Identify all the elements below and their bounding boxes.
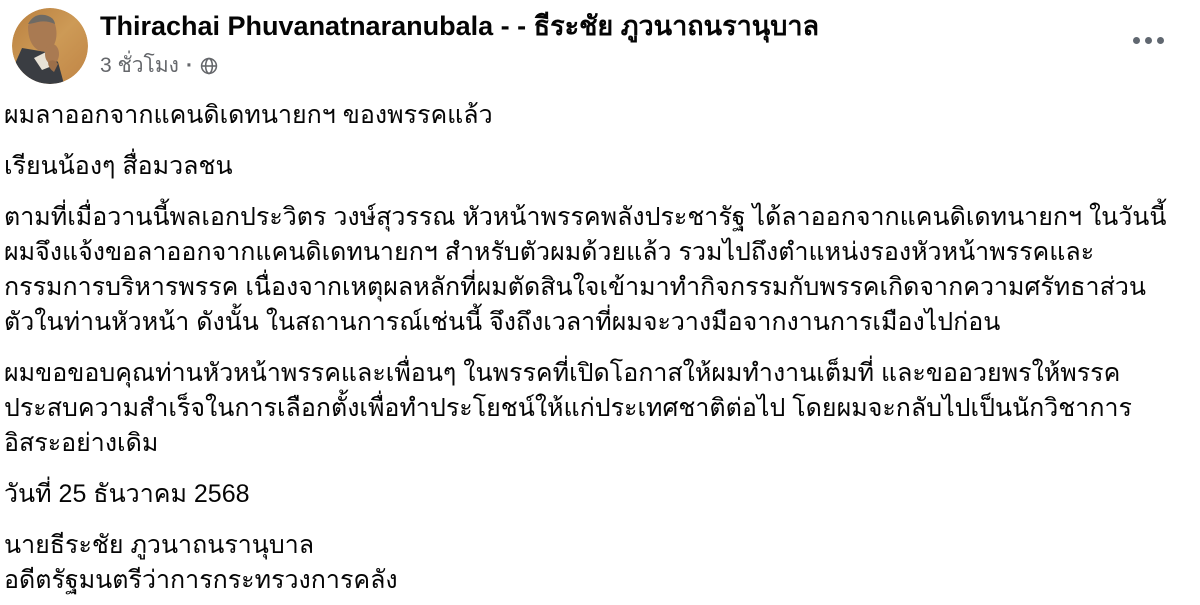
post-header-text: Thirachai Phuvanatnaranubala - - ธีระชัย… <box>100 8 819 82</box>
ellipsis-icon <box>1133 37 1140 44</box>
post-header: Thirachai Phuvanatnaranubala - - ธีระชัย… <box>0 0 1200 84</box>
avatar-portrait-image <box>12 8 88 84</box>
meta-separator: · <box>186 54 193 78</box>
privacy-globe-icon <box>200 57 218 75</box>
facebook-post-card: Thirachai Phuvanatnaranubala - - ธีระชัย… <box>0 0 1200 605</box>
post-paragraph: ตามที่เมื่อวานนี้พลเอกประวิตร วงษ์สุวรรณ… <box>4 200 1180 340</box>
post-options-button[interactable] <box>1124 22 1172 58</box>
post-paragraph: ผมขอขอบคุณท่านหัวหน้าพรรคและเพื่อนๆ ในพร… <box>4 356 1180 461</box>
timestamp-link[interactable]: 3 ชั่วโมง <box>100 49 179 82</box>
author-name-link[interactable]: Thirachai Phuvanatnaranubala - - ธีระชัย… <box>100 11 819 42</box>
post-meta-row: 3 ชั่วโมง · <box>100 49 819 82</box>
post-paragraph: นายธีระชัย ภูวนาถนรานุบาล อดีตรัฐมนตรีว่… <box>4 528 1180 598</box>
avatar[interactable] <box>12 8 88 84</box>
post-paragraph: เรียนน้องๆ สื่อมวลชน <box>4 149 1180 184</box>
post-body: ผมลาออกจากแคนดิเดทนายกฯ ของพรรคแล้วเรียน… <box>0 84 1200 598</box>
ellipsis-icon <box>1157 37 1164 44</box>
post-paragraph: วันที่ 25 ธันวาคม 2568 <box>4 477 1180 512</box>
ellipsis-icon <box>1145 37 1152 44</box>
post-paragraph: ผมลาออกจากแคนดิเดทนายกฯ ของพรรคแล้ว <box>4 98 1180 133</box>
